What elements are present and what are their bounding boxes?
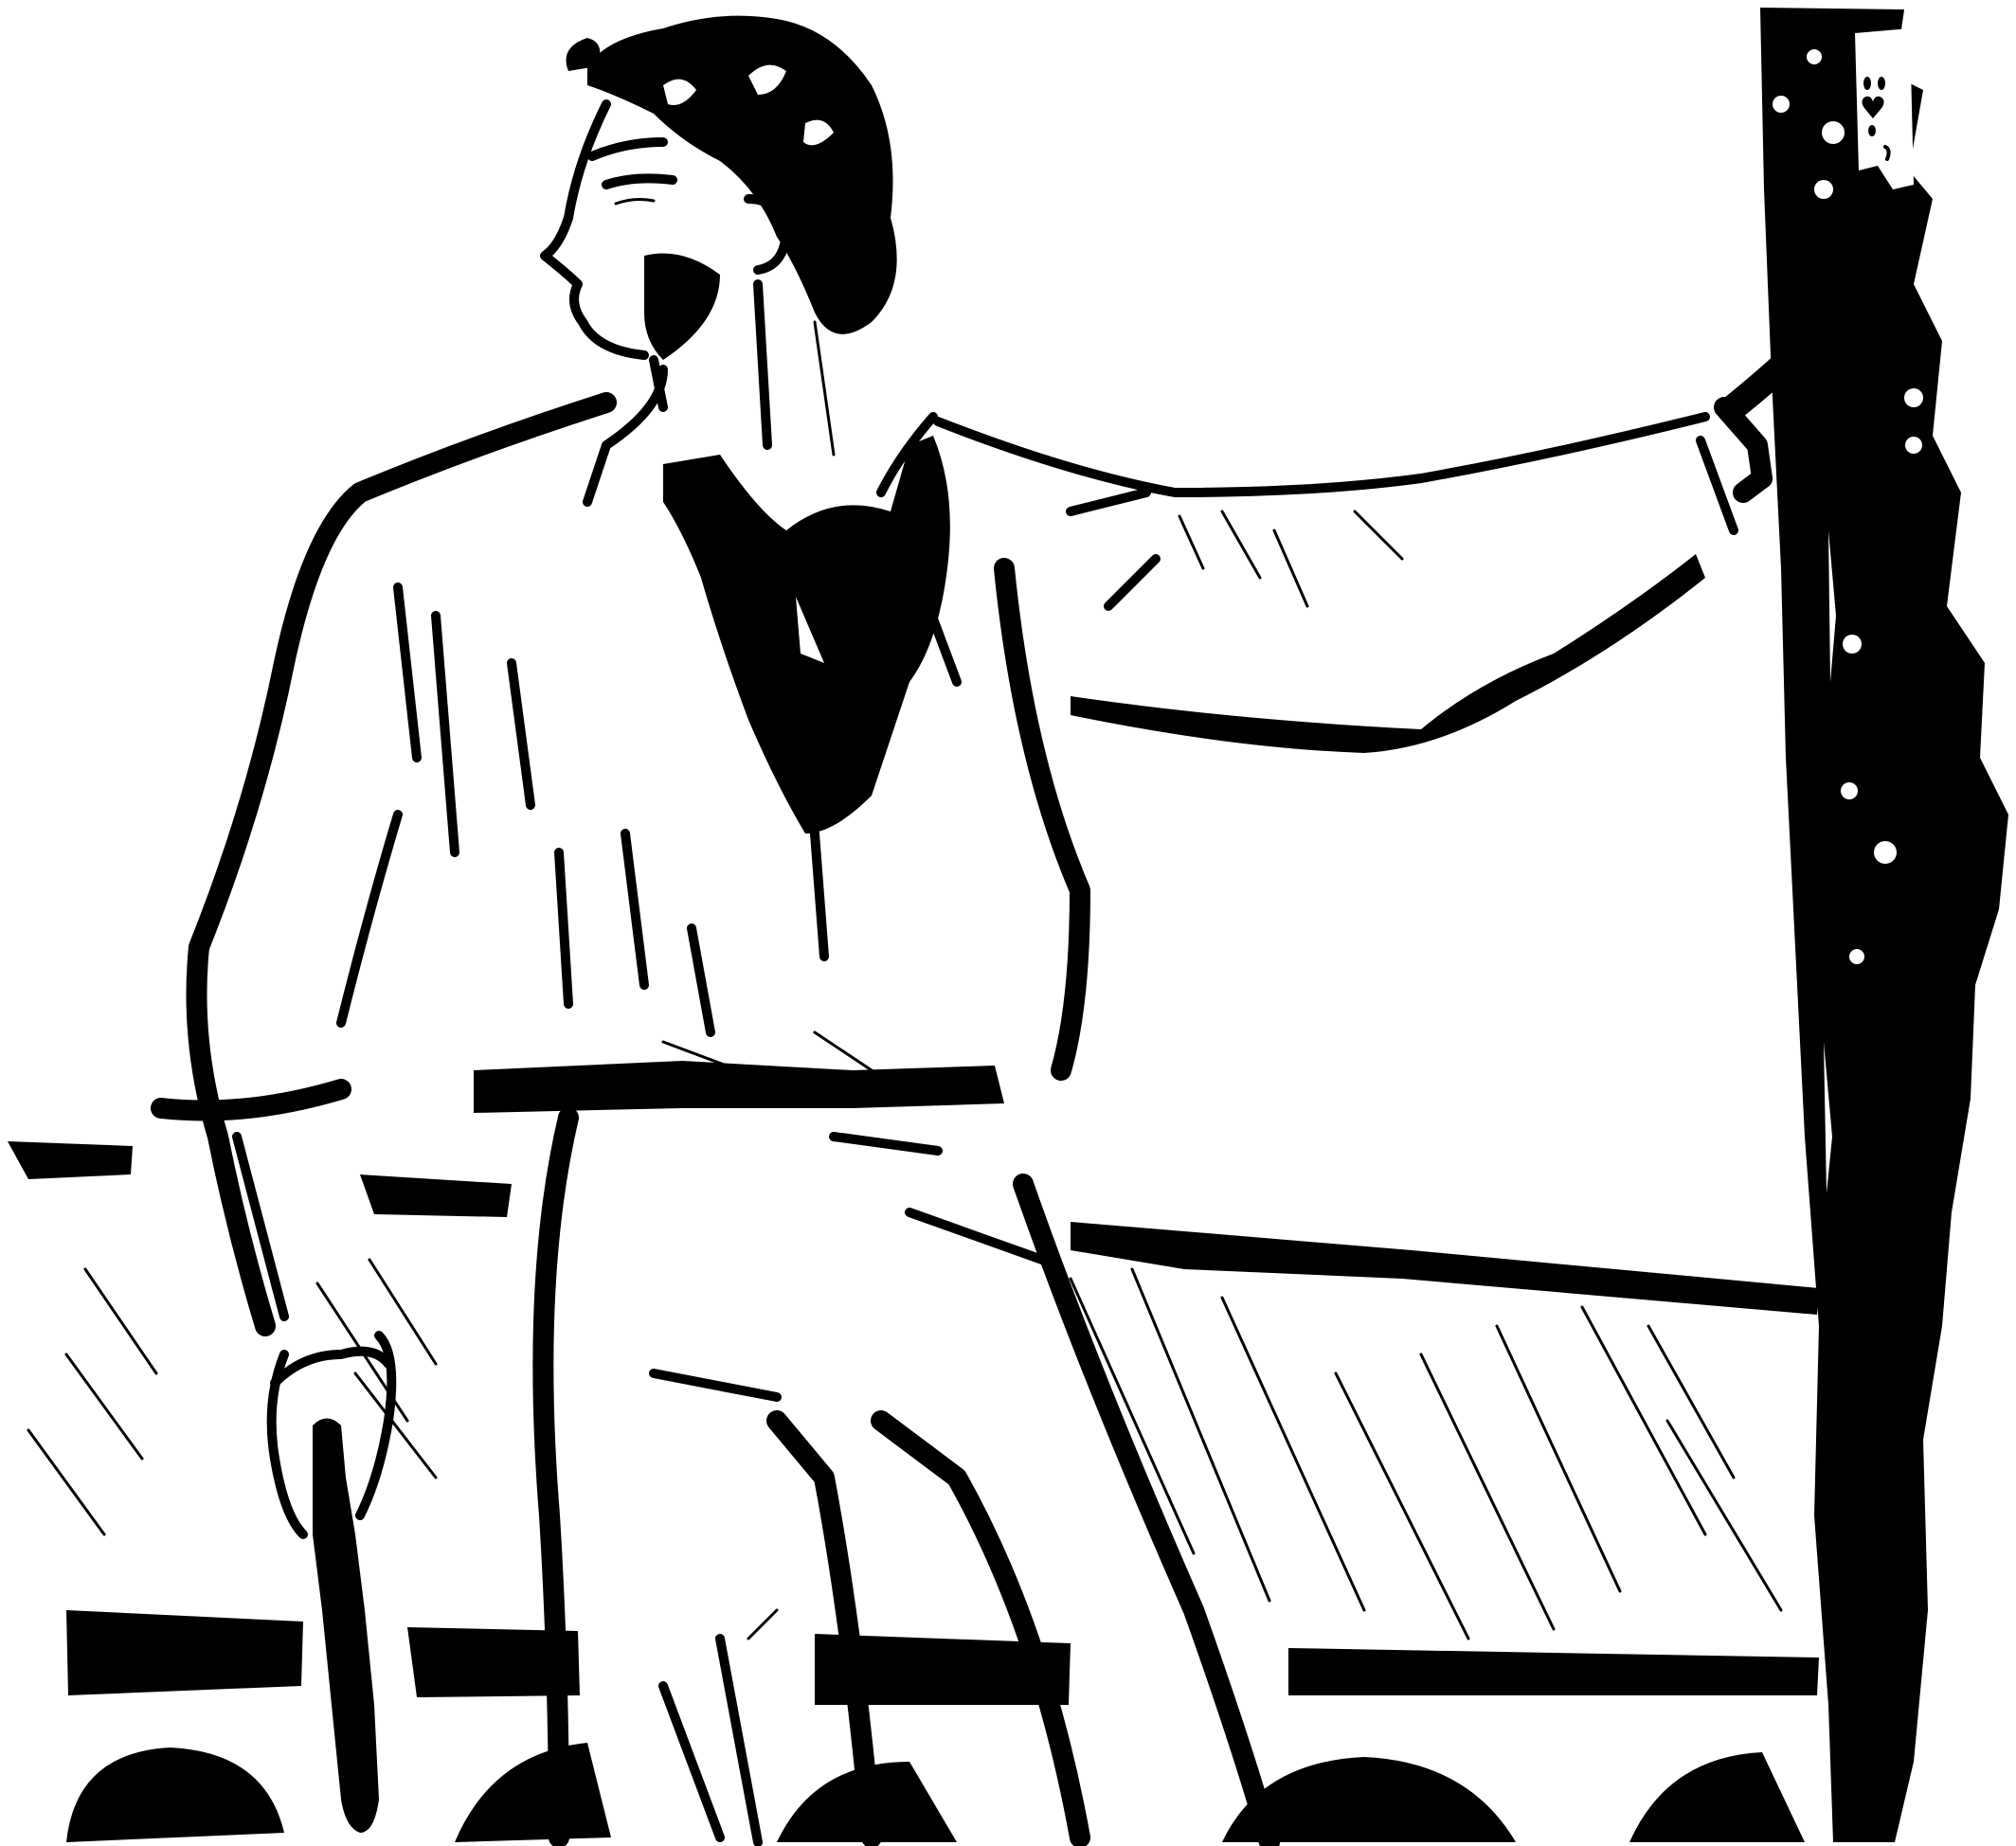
extended-arm (938, 204, 1895, 753)
neckerchief (663, 436, 950, 833)
playing-card: ♥ (1855, 28, 1914, 189)
pistol (313, 1419, 379, 1834)
head (545, 16, 897, 455)
heart-pip: ♥ (1860, 90, 1887, 126)
wooden-post (1760, 8, 2008, 1842)
ink-illustration: ♥ (0, 0, 2016, 1846)
